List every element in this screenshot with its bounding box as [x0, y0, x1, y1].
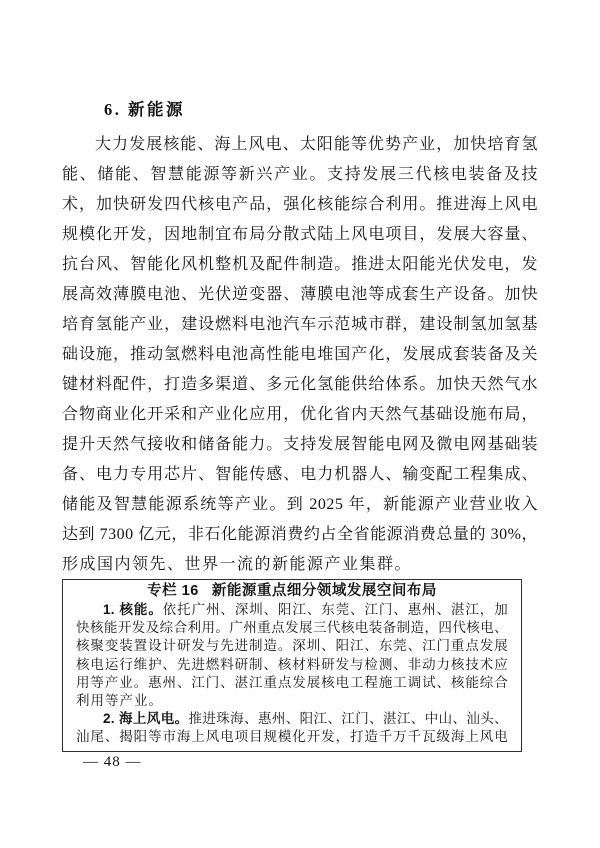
body-line: 础设施，推动氢燃料电池高性能电堆国产化，发展成套装备及关 [62, 340, 538, 370]
box-item-label: 2. 海上风电。 [103, 711, 188, 726]
body-line: 能、储能、智慧能源等新兴产业。支持发展三代核电装备及技 [62, 160, 538, 190]
document-page: 6. 新能源 大力发展核能、海上风电、太阳能等优势产业，加快培育氢 能、储能、智… [0, 0, 600, 848]
body-line: 合物商业化开采和产业化应用，优化省内天然气基础设施布局， [62, 400, 538, 430]
box-line: 用等产业。惠州、江门、湛江重点发展核电工程施工调试、核能综合 [76, 674, 508, 692]
body-line: 备、电力专用芯片、智能传感、电力机器人、输变配工程集成、 [62, 460, 538, 490]
body-line: 键材料配件，打造多渠道、多元化氢能供给体系。加快天然气水 [62, 370, 538, 400]
box-line: 汕尾、揭阳等市海上风电项目规模化开发，打造千万千瓦级海上风电 [76, 728, 508, 746]
box-line: 2. 海上风电。推进珠海、惠州、阳江、江门、湛江、中山、汕头、 [76, 710, 508, 728]
body-line: 储能及智慧能源系统等产业。到 2025 年，新能源产业营业收入 [62, 490, 538, 520]
feature-box-column-16: 专栏 16新能源重点细分领域发展空间布局 1. 核能。依托广州、深圳、阳江、东莞… [62, 579, 522, 752]
box-line: 1. 核能。依托广州、深圳、阳江、东莞、江门、惠州、湛江，加 [76, 601, 508, 619]
box-line: 核电运行维护、先进燃料研制、核材料研发与检测、非动力核技术应 [76, 656, 508, 674]
box-line: 快核能开发及综合利用。广州重点发展三代核电装备制造，四代核电、 [76, 619, 508, 637]
feature-box-title-prefix: 专栏 16 [147, 583, 199, 599]
body-line: 形成国内领先、世界一流的新能源产业集群。 [62, 550, 538, 580]
feature-box-title: 专栏 16新能源重点细分领域发展空间布局 [76, 582, 508, 601]
body-line: 展高效薄膜电池、光伏逆变器、薄膜电池等成套生产设备。加快 [62, 280, 538, 310]
box-item-text: 依托广州、深圳、阳江、东莞、江门、惠州、湛江，加 [163, 602, 508, 617]
body-line: 提升天然气接收和储备能力。支持发展智能电网及微电网基础装 [62, 430, 538, 460]
body-line: 达到 7300 亿元，非石化能源消费约占全省能源消费总量的 30%， [62, 520, 538, 550]
body-line: 规模化开发，因地制宜布局分散式陆上风电项目，发展大容量、 [62, 220, 538, 250]
body-line: 术，加快研发四代核电产品，强化核能综合利用。推进海上风电 [62, 190, 538, 220]
body-line: 培育氢能产业，建设燃料电池汽车示范城市群，建设制氢加氢基 [62, 310, 538, 340]
body-paragraph: 大力发展核能、海上风电、太阳能等优势产业，加快培育氢 能、储能、智慧能源等新兴产… [62, 130, 538, 580]
box-item-text: 推进珠海、惠州、阳江、江门、湛江、中山、汕头、 [188, 711, 508, 726]
page-number: — 48 — [83, 752, 142, 772]
feature-box-title-main: 新能源重点细分领域发展空间布局 [212, 583, 437, 599]
box-line: 核聚变装置设计研发与先进制造。深圳、阳江、东莞、江门重点发展 [76, 637, 508, 655]
box-line: 利用等产业。 [76, 692, 508, 710]
body-line: 大力发展核能、海上风电、太阳能等优势产业，加快培育氢 [62, 130, 538, 160]
box-item-label: 1. 核能。 [103, 602, 163, 617]
body-line: 抗台风、智能化风机整机及配件制造。推进太阳能光伏发电，发 [62, 250, 538, 280]
section-heading: 6. 新能源 [104, 100, 185, 120]
